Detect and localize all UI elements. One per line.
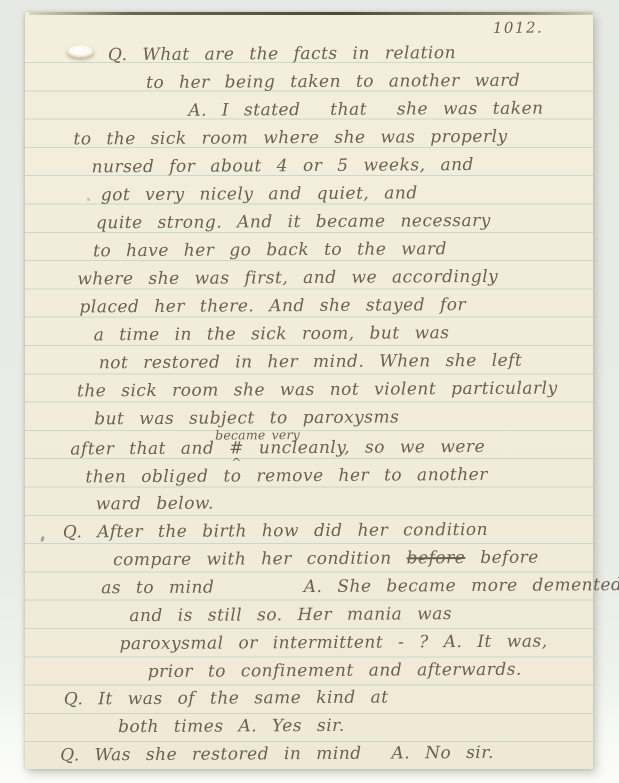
handwriting-segment: paroxysmal or intermittent - ? A. It was… — [119, 632, 547, 655]
handwriting-line: to have her go back to the ward — [93, 238, 447, 262]
handwriting-line: both times A. Yes sir. — [118, 715, 345, 738]
handwriting-segment: to have her go back to the ward — [93, 239, 447, 261]
handwriting-segment: quite strong. And it became necessary — [96, 211, 491, 233]
handwriting-line: a time in the sick room, but was — [94, 322, 450, 346]
handwriting-segment: then obliged to remove her to another — [85, 465, 487, 487]
handwriting-segment: got very nicely and quiet, and — [101, 183, 418, 205]
handwriting-segment: Q. It was of the same kind at — [64, 688, 389, 710]
handwriting-segment: where she was first, and we accordingly — [77, 267, 498, 290]
handwriting-line: after that and #became very^ uncleanly, … — [70, 436, 485, 461]
scan-background: { "document": { "kind": "handwritten man… — [0, 0, 619, 783]
page-number: 1012. — [493, 19, 544, 37]
handwriting-line: Q. After the birth how did her condition — [63, 519, 488, 544]
handwriting-line: to her being taken to another ward — [146, 70, 520, 94]
handwriting-line: compare with her condition before before — [113, 547, 539, 572]
handwriting-segment: prior to confinement and afterwards. — [148, 660, 522, 682]
handwriting-line: nursed for about 4 or 5 weeks, and — [92, 154, 474, 178]
handwriting-segment: compare with her condition — [113, 548, 407, 570]
struck-word: before — [407, 548, 466, 568]
handwriting-line: as to mind A. She became more demented — [101, 574, 619, 599]
handwriting-segment: both times A. Yes sir. — [118, 716, 345, 737]
handwriting-segment: A. I stated that she was taken — [188, 99, 543, 121]
manuscript-page: 1012. Q. What are the facts in relationt… — [25, 12, 593, 769]
handwriting-segment: Q. What are the facts in relation — [108, 43, 456, 65]
handwriting-line: A. I stated that she was taken — [188, 98, 543, 122]
handwriting-line: the sick room she was not violent partic… — [77, 377, 558, 402]
handwriting-segment: Q. After the birth how did her condition — [63, 520, 488, 543]
handwriting-line: placed her there. And she stayed for — [79, 294, 466, 318]
interlinear-insertion: became very — [215, 424, 300, 447]
handwriting-line: then obliged to remove her to another — [85, 464, 487, 488]
handwriting-segment: the sick room she was not violent partic… — [77, 378, 558, 401]
handwriting-segment: placed her there. And she stayed for — [79, 295, 466, 317]
handwriting-segment: as to mind A. She became more demented — [101, 575, 619, 598]
handwriting-segment: a time in the sick room, but was — [94, 323, 450, 345]
handwriting-line: not restored in her mind. When she left — [99, 350, 523, 375]
handwriting-segment: to her being taken to another ward — [146, 71, 520, 93]
handwriting-segment: to the sick room where she was properly — [73, 127, 507, 150]
handwriting-line: and is still so. Her mania was — [129, 603, 452, 627]
handwriting-line: ward below. — [96, 493, 214, 516]
handwriting-segment: Q. Was she restored in mind A. No sir. — [60, 743, 494, 766]
handwriting-segment: not restored in her mind. When she left — [99, 351, 523, 374]
handwriting-line: to the sick room where she was properly — [73, 126, 507, 151]
insertion-mark: #became very^ — [229, 437, 244, 459]
handwriting-text: 1012. Q. What are the facts in relationt… — [23, 10, 596, 770]
handwriting-line: Q. Was she restored in mind A. No sir. — [60, 742, 494, 767]
handwriting-line: paroxysmal or intermittent - ? A. It was… — [119, 631, 547, 656]
handwriting-line: Q. What are the facts in relation — [108, 42, 456, 66]
handwriting-segment: and is still so. Her mania was — [129, 604, 452, 626]
handwriting-segment: nursed for about 4 or 5 weeks, and — [92, 155, 474, 177]
handwriting-line: where she was first, and we accordingly — [77, 266, 498, 291]
handwriting-line: quite strong. And it became necessary — [96, 210, 491, 234]
handwriting-line: got very nicely and quiet, and — [101, 182, 418, 206]
handwriting-segment: before — [465, 548, 539, 568]
handwriting-line: prior to confinement and afterwards. — [148, 659, 522, 683]
handwriting-segment: ward below. — [96, 494, 214, 515]
handwriting-line: Q. It was of the same kind at — [64, 687, 389, 711]
handwriting-segment: after that and — [70, 438, 229, 459]
